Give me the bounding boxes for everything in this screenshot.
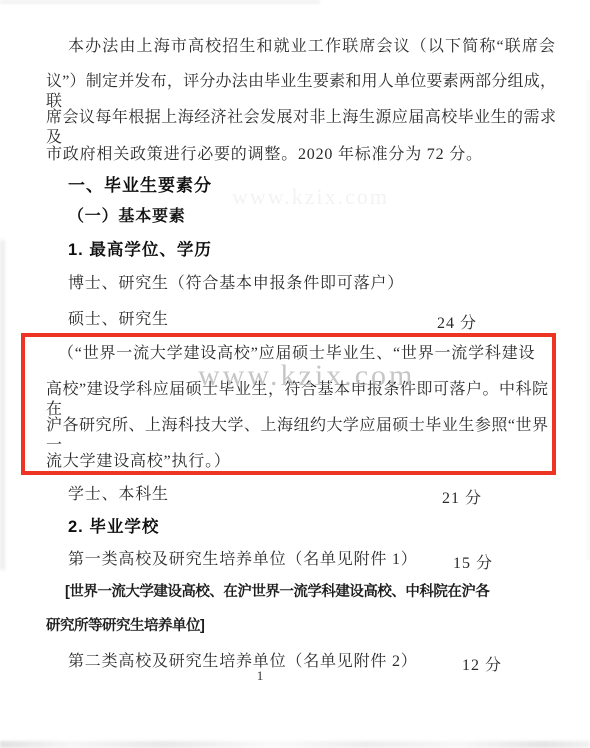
page-number: 1 <box>250 668 270 684</box>
watermark-faint: www.kzix.com <box>232 184 389 210</box>
note-line-1: [世界一流大学建设高校、在沪世界一流学科建设高校、中科院在沪各 <box>65 582 489 602</box>
item-heading-degree: 1. 最高学位、学历 <box>68 240 212 260</box>
item-doctor-label: 博士、研究生（符合基本申报条件即可落户） <box>68 274 404 294</box>
item-tier2-score: 12 分 <box>462 652 502 675</box>
scan-noise-top <box>0 0 320 4</box>
item-tier2-label: 第二类高校及研究生培养单位（名单见附件 2） <box>68 652 418 672</box>
item-bachelor-score: 21 分 <box>442 485 482 508</box>
section-heading-graduate-factors: 一、毕业生要素分 <box>68 176 212 196</box>
watermark: www.kzix.com <box>198 359 415 393</box>
highlight-line-4: 流大学建设高校”执行。） <box>46 452 231 472</box>
item-heading-school: 2. 毕业学校 <box>68 517 159 537</box>
intro-line-2: 议”）制定并发布，评分办法由毕业生要素和用人单位要素两部分组成，联 <box>46 72 556 112</box>
scan-noise-left <box>0 240 5 570</box>
subsection-heading-basic-factors: （一）基本要素 <box>68 207 186 227</box>
scan-noise-bottom <box>0 741 590 748</box>
document-page: www.kzix.com 本办法由上海市高校招生和就业工作联席会议（以下简称“联… <box>0 0 590 748</box>
item-bachelor-label: 学士、本科生 <box>68 485 169 505</box>
note-line-2: 研究所等研究生培养单位] <box>46 616 204 636</box>
intro-line-4: 市政府相关政策进行必要的调整。2020 年标准分为 72 分。 <box>46 145 483 165</box>
intro-line-3: 席会议每年根据上海经济社会发展对非上海生源应届高校毕业生的需求及 <box>46 108 556 148</box>
item-tier1-score: 15 分 <box>453 550 493 573</box>
item-tier1-label: 第一类高校及研究生培养单位（名单见附件 1） <box>68 550 418 570</box>
intro-line-1: 本办法由上海市高校招生和就业工作联席会议（以下简称“联席会 <box>68 37 555 57</box>
item-master-score: 24 分 <box>437 310 477 333</box>
highlight-line-3: 沪各研究所、上海科技大学、上海纽约大学应届硕士毕业生参照“世界一 <box>46 416 548 456</box>
item-master-label: 硕士、研究生 <box>68 310 169 330</box>
